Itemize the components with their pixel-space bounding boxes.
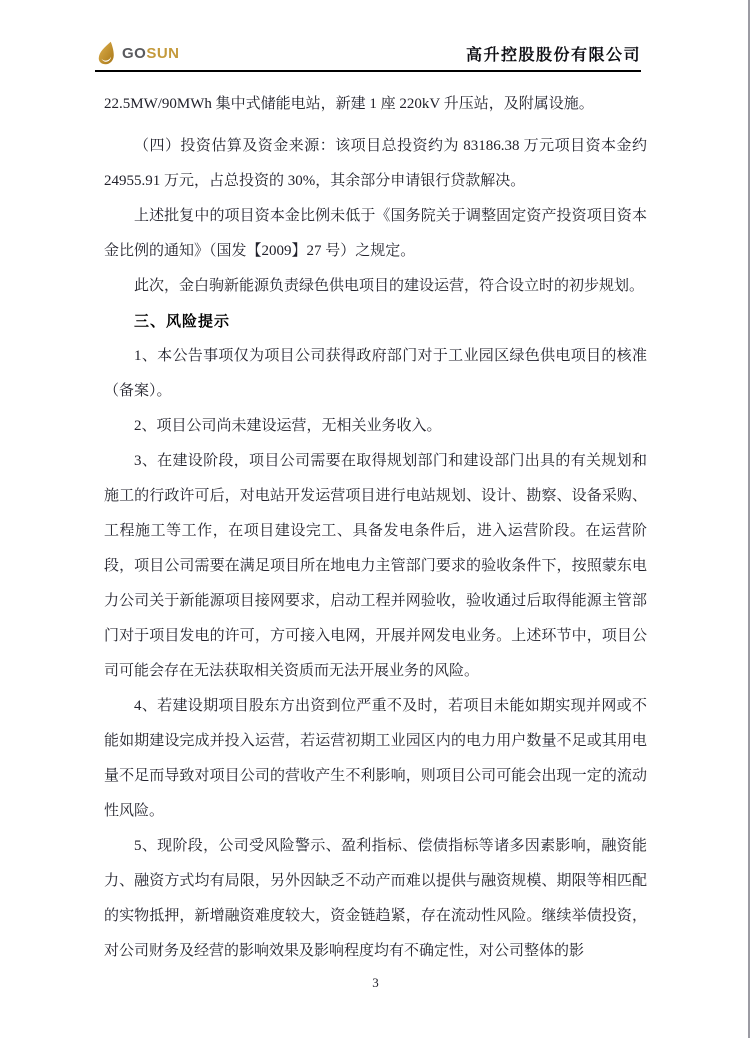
- paragraph: 5、现阶段，公司受风险警示、盈利指标、偿债指标等诸多因素影响，融资能力、融资方式…: [104, 829, 647, 969]
- section-heading: 三、风险提示: [104, 304, 647, 339]
- company-name: 高升控股股份有限公司: [466, 42, 641, 65]
- paragraph: 上述批复中的项目资本金比例未低于《国务院关于调整固定资产投资项目资本金比例的通知…: [104, 199, 647, 269]
- paragraph: 此次，金白驹新能源负责绿色供电项目的建设运营，符合设立时的初步规划。: [104, 269, 647, 304]
- paragraph: （四）投资估算及资金来源：该项目总投资约为 83186.38 万元项目资本金约 …: [104, 129, 647, 199]
- header-rule: [95, 70, 641, 72]
- paragraph: 22.5MW/90MWh 集中式储能电站，新建 1 座 220kV 升压站，及附…: [104, 87, 647, 122]
- page-right-edge-line: [748, 0, 750, 1038]
- gosun-logo: GOSUN: [95, 40, 180, 66]
- logo-text: GOSUN: [122, 45, 180, 62]
- page-number: 3: [372, 975, 379, 990]
- gosun-droplet-icon: [95, 40, 119, 66]
- paragraph: 4、若建设期项目股东方出资到位严重不及时，若项目未能如期实现并网或不能如期建设完…: [104, 689, 647, 829]
- document-body: 22.5MW/90MWh 集中式储能电站，新建 1 座 220kV 升压站，及附…: [104, 87, 647, 969]
- logo-text-sun: SUN: [146, 45, 179, 62]
- paragraph: 2、项目公司尚未建设运营，无相关业务收入。: [104, 409, 647, 444]
- paragraph: 3、在建设阶段，项目公司需要在取得规划部门和建设部门出具的有关规划和施工的行政许…: [104, 444, 647, 689]
- page-footer: 3: [0, 974, 751, 992]
- page-header: GOSUN 高升控股股份有限公司: [95, 38, 641, 68]
- document-page: GOSUN 高升控股股份有限公司 22.5MW/90MWh 集中式储能电站，新建…: [0, 0, 751, 1038]
- logo-text-go: GO: [122, 45, 146, 62]
- paragraph: 1、本公告事项仅为项目公司获得政府部门对于工业园区绿色供电项目的核准（备案）。: [104, 339, 647, 409]
